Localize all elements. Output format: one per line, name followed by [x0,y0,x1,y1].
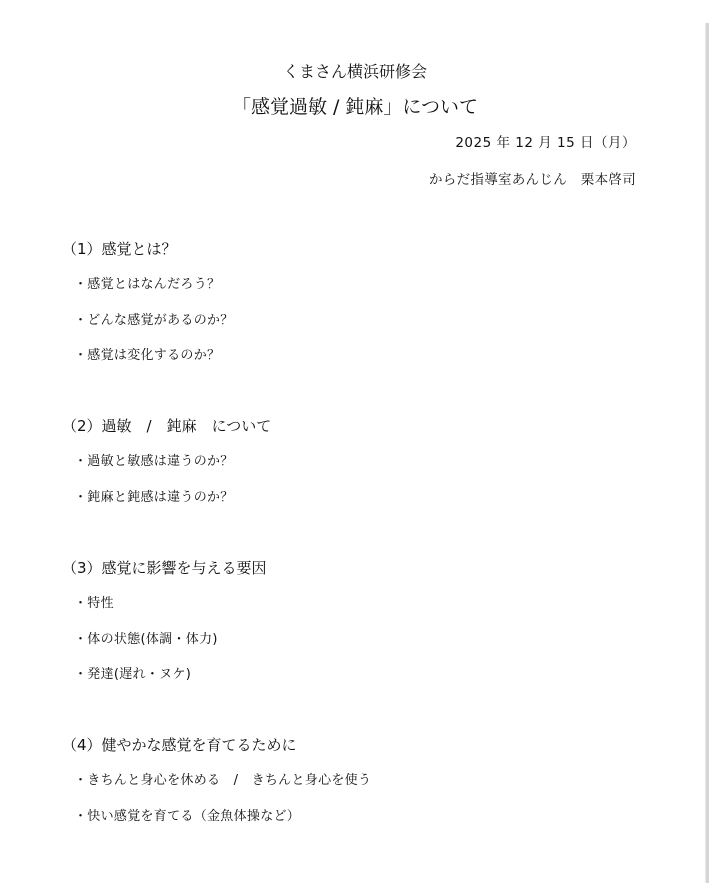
list-item: ・発達(遅れ・ヌケ) [74,665,191,685]
section-heading-1: （1）感覚とは？ [62,238,177,260]
list-item: ・感覚とはなんだろう？ [74,275,220,295]
section-heading-2: （2）過敏 / 鈍麻 について [62,415,271,437]
section-heading-3: （3）感覚に影響を与える要因 [62,557,267,579]
list-item: ・過敏と敏感は違うのか？ [74,452,234,472]
document-author: からだ指導室あんじん 栗本啓司 [429,170,636,190]
page-edge-divider [705,23,709,883]
section-heading-4: （4）健やかな感覚を育てるために [62,734,297,756]
list-item: ・きちんと身心を休める / きちんと身心を使う [74,771,371,791]
list-item: ・快い感覚を育てる（金魚体操など） [74,807,300,827]
list-item: ・体の状態(体調・体力) [74,630,218,650]
document-title: 「感覚過敏 / 鈍麻」について [0,94,710,120]
document-page: くまさん横浜研修会 「感覚過敏 / 鈍麻」について 2025 年 12 月 15… [0,0,710,883]
list-item: ・どんな感覚があるのか？ [74,311,234,331]
document-date: 2025 年 12 月 15 日（月） [455,133,636,153]
list-item: ・鈍麻と鈍感は違うのか？ [74,488,234,508]
organization-name: くまさん横浜研修会 [0,61,710,83]
list-item: ・感覚は変化するのか？ [74,346,220,366]
list-item: ・特性 [74,594,114,614]
